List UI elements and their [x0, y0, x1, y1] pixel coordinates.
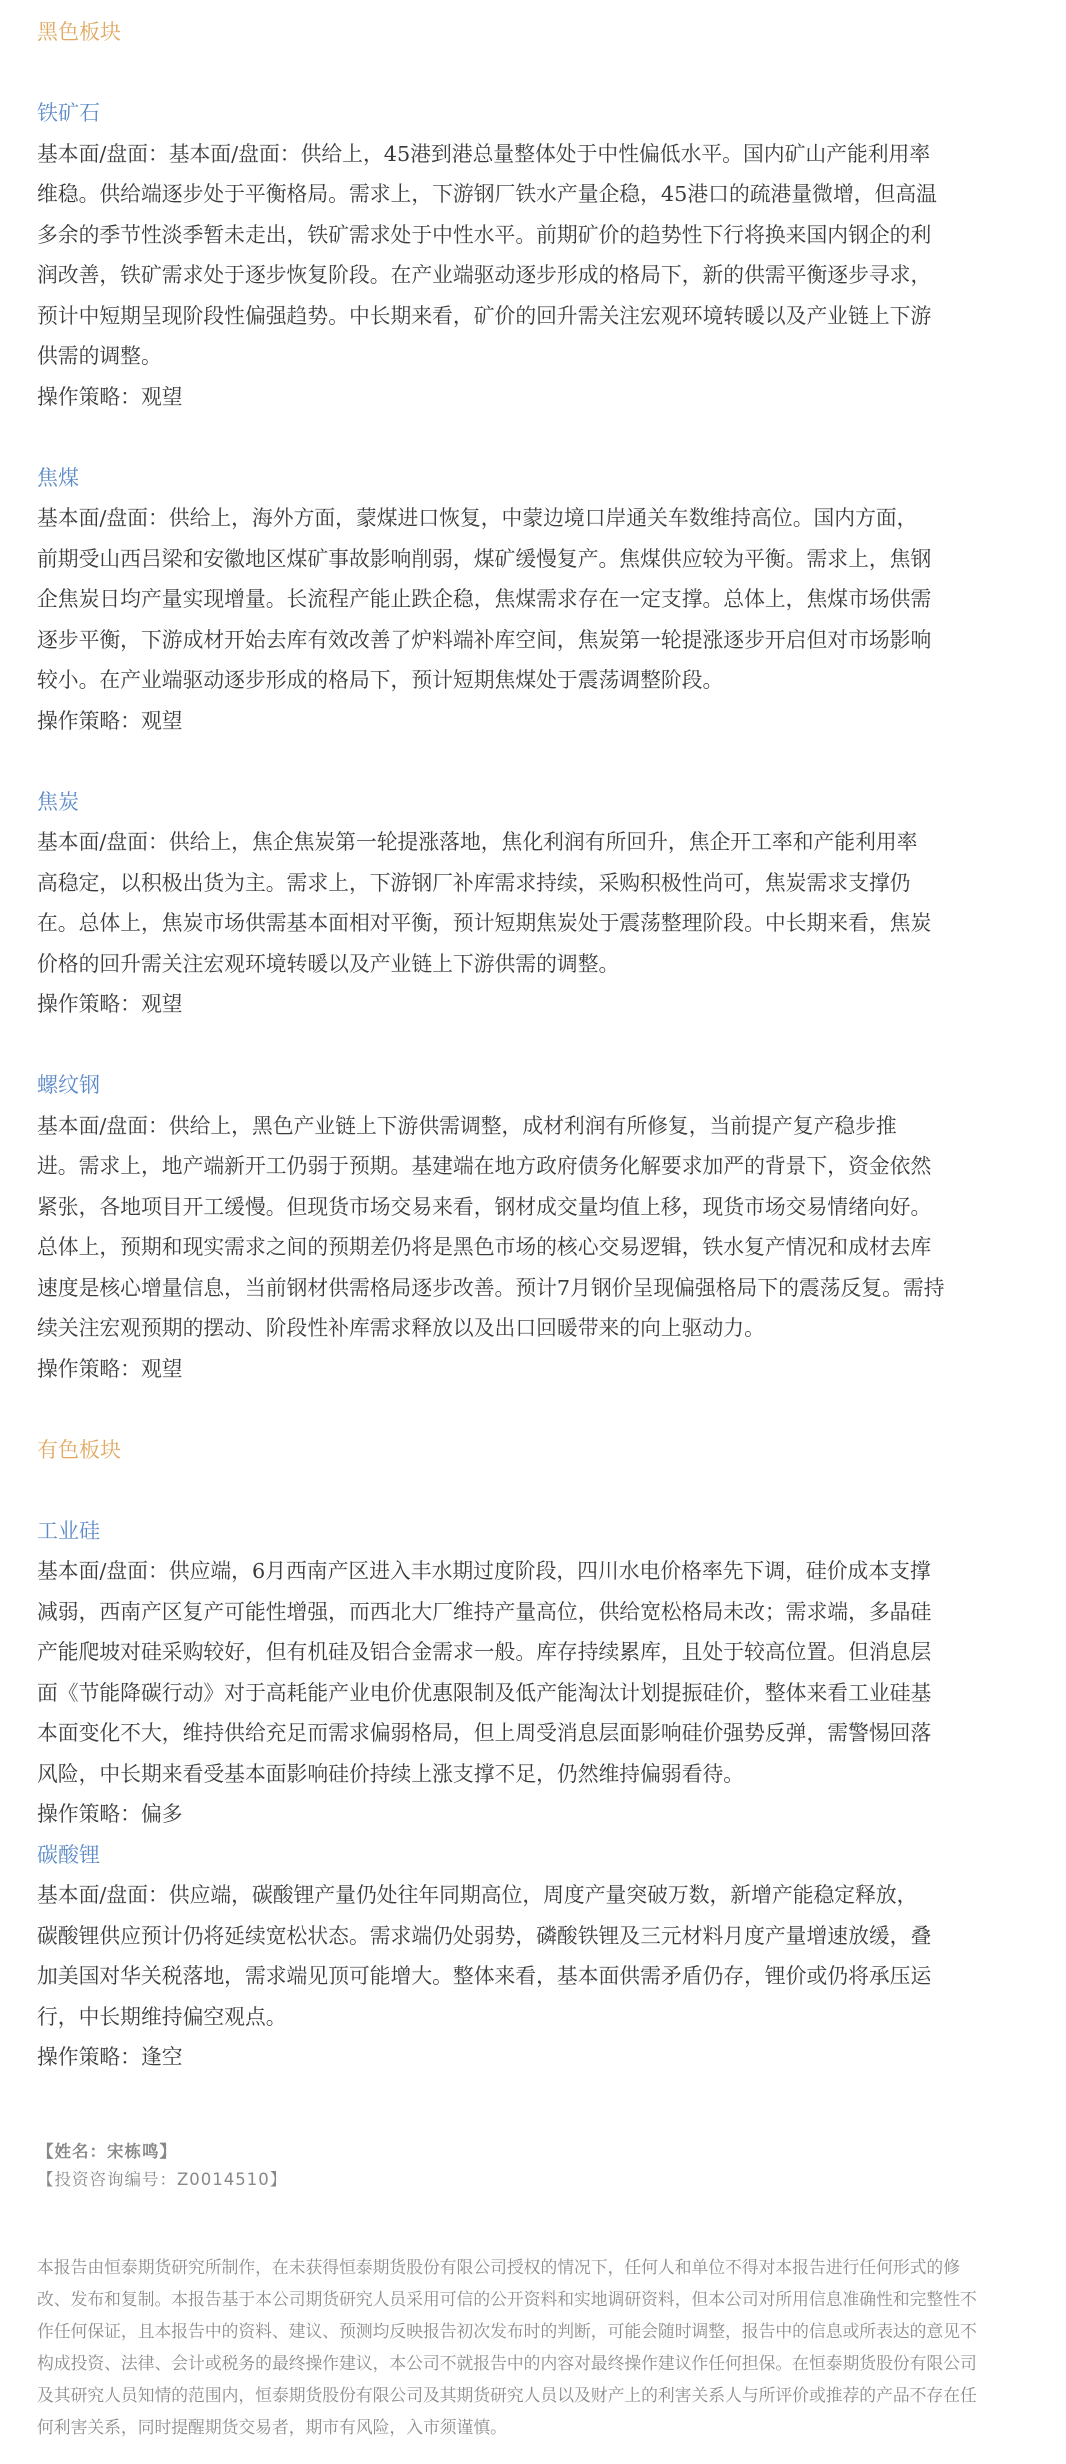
body-line: 供需的调整。: [37, 336, 945, 377]
disclaimer: 本报告由恒泰期货研究所制作，在未获得恒泰期货股份有限公司授权的情况下，任何人和单…: [37, 2251, 977, 2443]
commodity-heading-rebar: 螺纹钢: [37, 1065, 945, 1106]
black-sector: 黑色板块 铁矿石 基本面/盘面：基本面/盘面：供给上，45港到港总量整体处于中性…: [37, 12, 945, 2078]
strategy-line: 操作策略：逢空: [37, 2037, 945, 2078]
analyst-signature: 【姓名：宋栋鸣】 【投资咨询编号：Z0014510】: [37, 2138, 287, 2194]
body-line: 企焦炭日均产量实现增量。长流程产能止跌企稳，焦煤需求存在一定支撑。总体上，焦煤市…: [37, 579, 945, 620]
commodity-lithium-carbonate: 碳酸锂 基本面/盘面：供应端，碳酸锂产量仍处往年同期高位，周度产量突破万数，新增…: [37, 1835, 945, 2078]
spacer: [37, 1025, 945, 1066]
spacer: [37, 1470, 945, 1511]
sector-heading-nonferrous: 有色板块: [37, 1430, 945, 1471]
body-line: 加美国对华关税落地，需求端见顶可能增大。整体来看，基本面供需矛盾仍存，锂价或仍将…: [37, 1956, 945, 1997]
analyst-name: 【姓名：宋栋鸣】: [37, 2138, 287, 2166]
body-line: 前期受山西吕梁和安徽地区煤矿事故影响削弱，煤矿缓慢复产。焦煤供应较为平衡。需求上…: [37, 539, 945, 580]
body-line: 碳酸锂供应预计仍将延续宽松状态。需求端仍处弱势，磷酸铁锂及三元材料月度产量增速放…: [37, 1916, 945, 1957]
body-line: 多余的季节性淡季暂未走出，铁矿需求处于中性水平。前期矿价的趋势性下行将换来国内钢…: [37, 215, 945, 256]
body-line: 产能爬坡对硅采购较好，但有机硅及铝合金需求一般。库存持续累库，且处于较高位置。但…: [37, 1632, 945, 1673]
body-line: 价格的回升需关注宏观环境转暖以及产业链上下游供需的调整。: [37, 944, 945, 985]
strategy-line: 操作策略：偏多: [37, 1794, 945, 1835]
disclaimer-line: 及其研究人员知情的范围内，恒泰期货股份有限公司及其期货研究人员以及财产上的利害关…: [37, 2379, 977, 2411]
disclaimer-line: 本报告由恒泰期货研究所制作，在未获得恒泰期货股份有限公司授权的情况下，任何人和单…: [37, 2251, 977, 2283]
strategy-line: 操作策略：观望: [37, 984, 945, 1025]
spacer: [37, 741, 945, 782]
body-line: 基本面/盘面：供给上，黑色产业链上下游供需调整，成材利润有所修复，当前提产复产稳…: [37, 1106, 945, 1147]
commodity-industrial-silicon: 工业硅 基本面/盘面：供应端，6月西南产区进入丰水期过度阶段，四川水电价格率先下…: [37, 1511, 945, 1835]
commodity-coke: 焦炭 基本面/盘面：供给上，焦企焦炭第一轮提涨落地，焦化利润有所回升，焦企开工率…: [37, 782, 945, 1025]
body-line: 本面变化不大，维持供给充足而需求偏弱格局，但上周受消息层面影响硅价强势反弹，需警…: [37, 1713, 945, 1754]
body-line: 续关注宏观预期的摆动、阶段性补库需求释放以及出口回暖带来的向上驱动力。: [37, 1308, 945, 1349]
body-line: 基本面/盘面：供给上，焦企焦炭第一轮提涨落地，焦化利润有所回升，焦企开工率和产能…: [37, 822, 945, 863]
body-line: 面《节能降碳行动》对于高耗能产业电价优惠限制及低产能淘汰计划提振硅价，整体来看工…: [37, 1673, 945, 1714]
spacer: [37, 417, 945, 458]
commodity-heading-iron-ore: 铁矿石: [37, 93, 945, 134]
commodity-heading-industrial-silicon: 工业硅: [37, 1511, 945, 1552]
commodity-heading-coking-coal: 焦煤: [37, 458, 945, 499]
sector-heading-black: 黑色板块: [37, 12, 945, 53]
commodity-coking-coal: 焦煤 基本面/盘面：供给上，海外方面，蒙煤进口恢复，中蒙边境口岸通关车数维持高位…: [37, 458, 945, 742]
body-line: 预计中短期呈现阶段性偏强趋势。中长期来看，矿价的回升需关注宏观环境转暖以及产业链…: [37, 296, 945, 337]
body-line: 基本面/盘面：供给上，海外方面，蒙煤进口恢复，中蒙边境口岸通关车数维持高位。国内…: [37, 498, 945, 539]
strategy-line: 操作策略：观望: [37, 1349, 945, 1390]
commodity-heading-coke: 焦炭: [37, 782, 945, 823]
body-line: 逐步平衡，下游成材开始去库有效改善了炉料端补库空间，焦炭第一轮提涨逐步开启但对市…: [37, 620, 945, 661]
body-line: 进。需求上，地产端新开工仍弱于预期。基建端在地方政府债务化解要求加严的背景下，资…: [37, 1146, 945, 1187]
body-line: 润改善，铁矿需求处于逐步恢复阶段。在产业端驱动逐步形成的格局下，新的供需平衡逐步…: [37, 255, 945, 296]
spacer: [37, 53, 945, 94]
nonferrous-sector: 有色板块 工业硅 基本面/盘面：供应端，6月西南产区进入丰水期过度阶段，四川水电…: [37, 1430, 945, 2078]
body-line: 在。总体上，焦炭市场供需基本面相对平衡，预计短期焦炭处于震荡整理阶段。中长期来看…: [37, 903, 945, 944]
body-line: 紧张，各地项目开工缓慢。但现货市场交易来看，钢材成交量均值上移，现货市场交易情绪…: [37, 1187, 945, 1228]
body-line: 基本面/盘面：基本面/盘面：供给上，45港到港总量整体处于中性偏低水平。国内矿山…: [37, 134, 945, 175]
body-line: 较小。在产业端驱动逐步形成的格局下，预计短期焦煤处于震荡调整阶段。: [37, 660, 945, 701]
body-line: 行，中长期维持偏空观点。: [37, 1997, 945, 2038]
strategy-line: 操作策略：观望: [37, 377, 945, 418]
analyst-license-number: 【投资咨询编号：Z0014510】: [37, 2166, 287, 2194]
disclaimer-line: 作任何保证，且本报告中的资料、建议、预测均反映报告初次发布时的判断，可能会随时调…: [37, 2315, 977, 2347]
strategy-line: 操作策略：观望: [37, 701, 945, 742]
body-line: 高稳定，以积极出货为主。需求上，下游钢厂补库需求持续，采购积极性尚可，焦炭需求支…: [37, 863, 945, 904]
commodity-iron-ore: 铁矿石 基本面/盘面：基本面/盘面：供给上，45港到港总量整体处于中性偏低水平。…: [37, 93, 945, 417]
spacer: [37, 1389, 945, 1430]
disclaimer-line: 何利害关系，同时提醒期货交易者，期市有风险，入市须谨慎。: [37, 2411, 977, 2443]
body-line: 基本面/盘面：供应端，6月西南产区进入丰水期过度阶段，四川水电价格率先下调，硅价…: [37, 1551, 945, 1592]
body-line: 维稳。供给端逐步处于平衡格局。需求上，下游钢厂铁水产量企稳，45港口的疏港量微增…: [37, 174, 945, 215]
body-line: 速度是核心增量信息，当前钢材供需格局逐步改善。预计7月钢价呈现偏强格局下的震荡反…: [37, 1268, 945, 1309]
commodity-heading-lithium-carbonate: 碳酸锂: [37, 1835, 945, 1876]
disclaimer-line: 改、发布和复制。本报告基于本公司期货研究人员采用可信的公开资料和实地调研资料，但…: [37, 2283, 977, 2315]
disclaimer-line: 构成投资、法律、会计或税务的最终操作建议，本公司不就报告中的内容对最终操作建议作…: [37, 2347, 977, 2379]
body-line: 减弱，西南产区复产可能性增强，而西北大厂维持产量高位，供给宽松格局未改；需求端，…: [37, 1592, 945, 1633]
body-line: 基本面/盘面：供应端，碳酸锂产量仍处往年同期高位，周度产量突破万数，新增产能稳定…: [37, 1875, 945, 1916]
body-line: 风险，中长期来看受基本面影响硅价持续上涨支撑不足，仍然维持偏弱看待。: [37, 1754, 945, 1795]
body-line: 总体上，预期和现实需求之间的预期差仍将是黑色市场的核心交易逻辑，铁水复产情况和成…: [37, 1227, 945, 1268]
commodity-rebar: 螺纹钢 基本面/盘面：供给上，黑色产业链上下游供需调整，成材利润有所修复，当前提…: [37, 1065, 945, 1389]
